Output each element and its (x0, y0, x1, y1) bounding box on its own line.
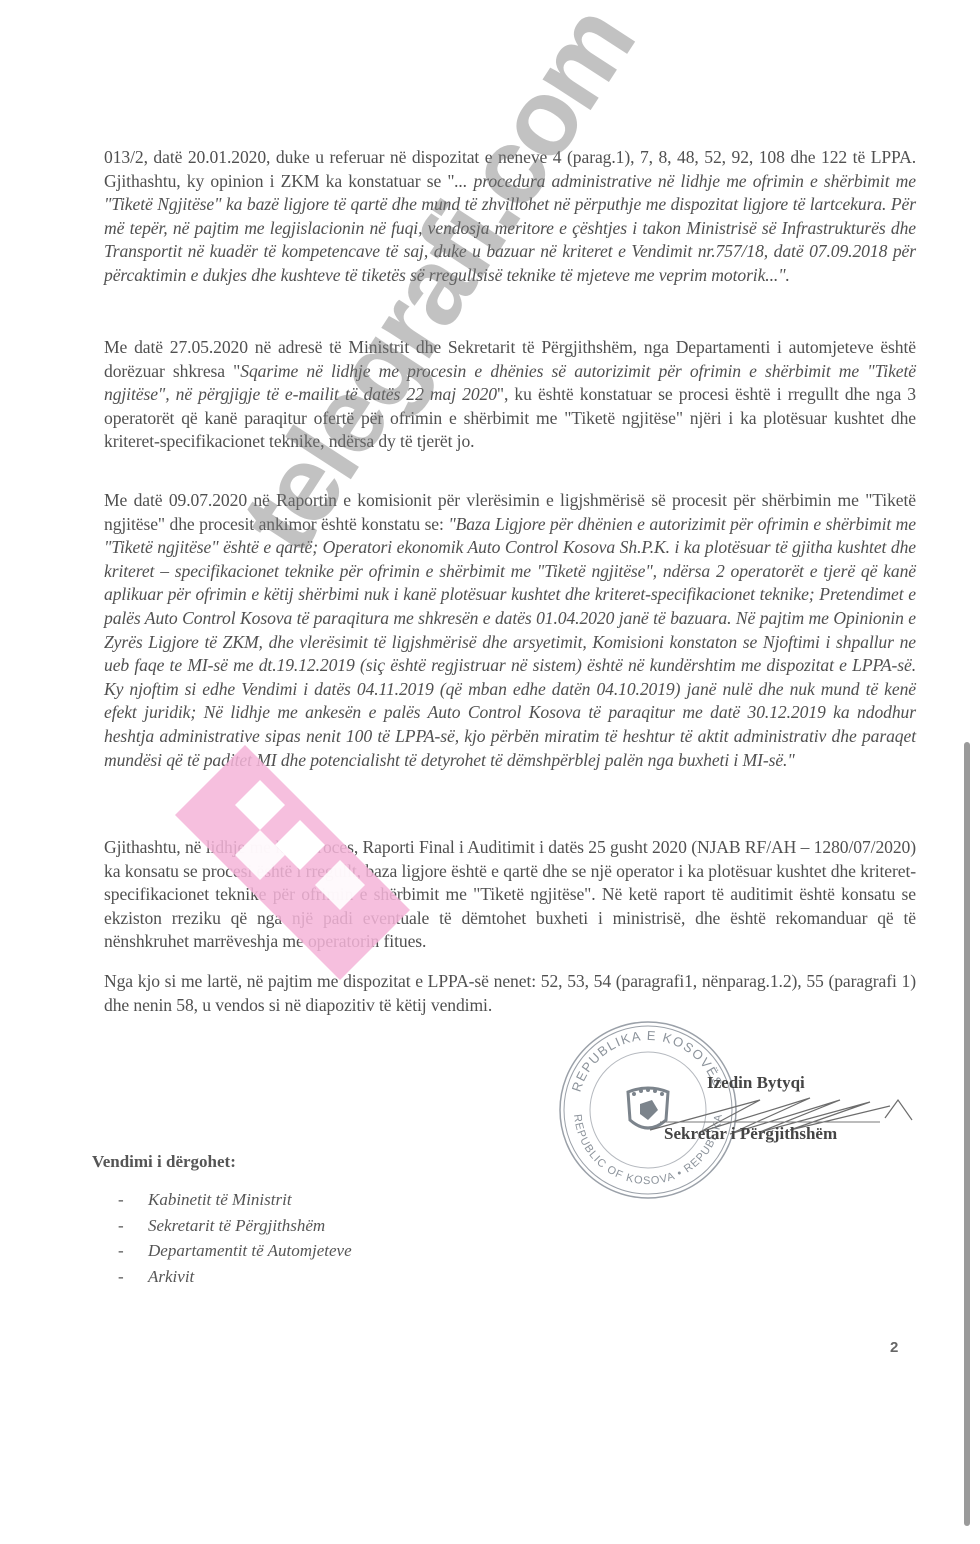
vertical-scrollbar[interactable] (964, 742, 970, 1526)
list-item: -Kabinetit të Ministrit (118, 1187, 352, 1213)
paragraph-decision: Nga kjo si me lartë, në pajtim me dispoz… (104, 970, 916, 1017)
paragraph-department-letter: Me datë 27.05.2020 në adresë të Ministri… (104, 336, 916, 454)
paragraph-audit-report: Gjithashtu, në lidhje me ketë proces, Ra… (104, 836, 916, 954)
distribution-heading: Vendimi i dërgohet: (92, 1152, 236, 1172)
document-page: 013/2, datë 20.01.2020, duke u referuar … (0, 0, 980, 1544)
page-number: 2 (890, 1339, 898, 1356)
signer-name: Izedin Bytyqi (707, 1073, 805, 1093)
list-item: -Departamentit të Automjeteve (118, 1238, 352, 1264)
body-text: Gjithashtu, në lidhje me ketë proces, Ra… (104, 837, 916, 951)
quoted-text: "Baza Ligjore për dhënien e autorizimit … (104, 514, 916, 770)
list-item: -Arkivit (118, 1264, 352, 1290)
body-text: Nga kjo si me lartë, në pajtim me dispoz… (104, 971, 916, 1015)
paragraph-zkm-opinion: 013/2, datë 20.01.2020, duke u referuar … (104, 146, 916, 288)
paragraph-commission-report: Me datë 09.07.2020 në Raportin e komisio… (104, 489, 916, 772)
list-item: -Sekretarit të Përgjithshëm (118, 1213, 352, 1239)
signer-title: Sekretar i Përgjithshëm (664, 1124, 837, 1144)
distribution-list: -Kabinetit të Ministrit -Sekretarit të P… (118, 1187, 352, 1289)
